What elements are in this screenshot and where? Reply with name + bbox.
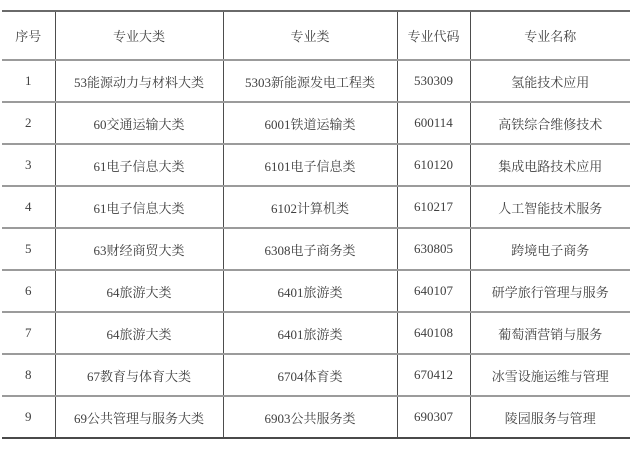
table-cell: 640107 [397, 270, 470, 312]
table-cell: 61电子信息大类 [55, 186, 223, 228]
table-cell: 60交通运输大类 [55, 102, 223, 144]
table-cell: 6903公共服务类 [223, 396, 397, 438]
document-page: 序号专业大类专业类专业代码专业名称 153能源动力与材料大类5303新能源发电工… [0, 0, 640, 451]
header-row: 序号专业大类专业类专业代码专业名称 [2, 11, 630, 60]
table-body: 153能源动力与材料大类5303新能源发电工程类530309氢能技术应用260交… [2, 60, 630, 438]
table-row: 969公共管理与服务大类6903公共服务类690307陵园服务与管理 [2, 396, 630, 438]
table-cell: 6401旅游类 [223, 312, 397, 354]
column-header: 专业名称 [470, 11, 630, 60]
table-cell: 6001铁道运输类 [223, 102, 397, 144]
table-row: 563财经商贸大类6308电子商务类630805跨境电子商务 [2, 228, 630, 270]
table-cell: 8 [2, 354, 55, 396]
table-cell: 6101电子信息类 [223, 144, 397, 186]
table-cell: 6 [2, 270, 55, 312]
table-cell: 陵园服务与管理 [470, 396, 630, 438]
table-cell: 6704体育类 [223, 354, 397, 396]
table-cell: 6401旅游类 [223, 270, 397, 312]
table-cell: 690307 [397, 396, 470, 438]
table-cell: 冰雪设施运维与管理 [470, 354, 630, 396]
column-header: 专业代码 [397, 11, 470, 60]
table-cell: 69公共管理与服务大类 [55, 396, 223, 438]
table-cell: 4 [2, 186, 55, 228]
table-cell: 63财经商贸大类 [55, 228, 223, 270]
table-cell: 610217 [397, 186, 470, 228]
table-row: 153能源动力与材料大类5303新能源发电工程类530309氢能技术应用 [2, 60, 630, 102]
column-header: 序号 [2, 11, 55, 60]
column-header: 专业类 [223, 11, 397, 60]
table-row: 764旅游大类6401旅游类640108葡萄酒营销与服务 [2, 312, 630, 354]
column-header: 专业大类 [55, 11, 223, 60]
table-cell: 3 [2, 144, 55, 186]
table-cell: 9 [2, 396, 55, 438]
table-cell: 高铁综合维修技术 [470, 102, 630, 144]
table-cell: 跨境电子商务 [470, 228, 630, 270]
table-row: 867教育与体育大类6704体育类670412冰雪设施运维与管理 [2, 354, 630, 396]
table-cell: 64旅游大类 [55, 270, 223, 312]
table-cell: 5303新能源发电工程类 [223, 60, 397, 102]
table-cell: 2 [2, 102, 55, 144]
table-cell: 610120 [397, 144, 470, 186]
table-cell: 670412 [397, 354, 470, 396]
table-cell: 研学旅行管理与服务 [470, 270, 630, 312]
table-row: 664旅游大类6401旅游类640107研学旅行管理与服务 [2, 270, 630, 312]
table-cell: 53能源动力与材料大类 [55, 60, 223, 102]
table-row: 361电子信息大类6101电子信息类610120集成电路技术应用 [2, 144, 630, 186]
table-cell: 64旅游大类 [55, 312, 223, 354]
table-row: 461电子信息大类6102计算机类610217人工智能技术服务 [2, 186, 630, 228]
table-cell: 600114 [397, 102, 470, 144]
table-cell: 人工智能技术服务 [470, 186, 630, 228]
table-cell: 7 [2, 312, 55, 354]
majors-table: 序号专业大类专业类专业代码专业名称 153能源动力与材料大类5303新能源发电工… [2, 10, 630, 439]
table-cell: 67教育与体育大类 [55, 354, 223, 396]
table-header: 序号专业大类专业类专业代码专业名称 [2, 11, 630, 60]
table-cell: 5 [2, 228, 55, 270]
table-cell: 集成电路技术应用 [470, 144, 630, 186]
table-cell: 640108 [397, 312, 470, 354]
table-cell: 6308电子商务类 [223, 228, 397, 270]
table-cell: 61电子信息大类 [55, 144, 223, 186]
table-row: 260交通运输大类6001铁道运输类600114高铁综合维修技术 [2, 102, 630, 144]
table-cell: 530309 [397, 60, 470, 102]
table-cell: 氢能技术应用 [470, 60, 630, 102]
table-cell: 葡萄酒营销与服务 [470, 312, 630, 354]
table-cell: 630805 [397, 228, 470, 270]
table-cell: 6102计算机类 [223, 186, 397, 228]
table-cell: 1 [2, 60, 55, 102]
